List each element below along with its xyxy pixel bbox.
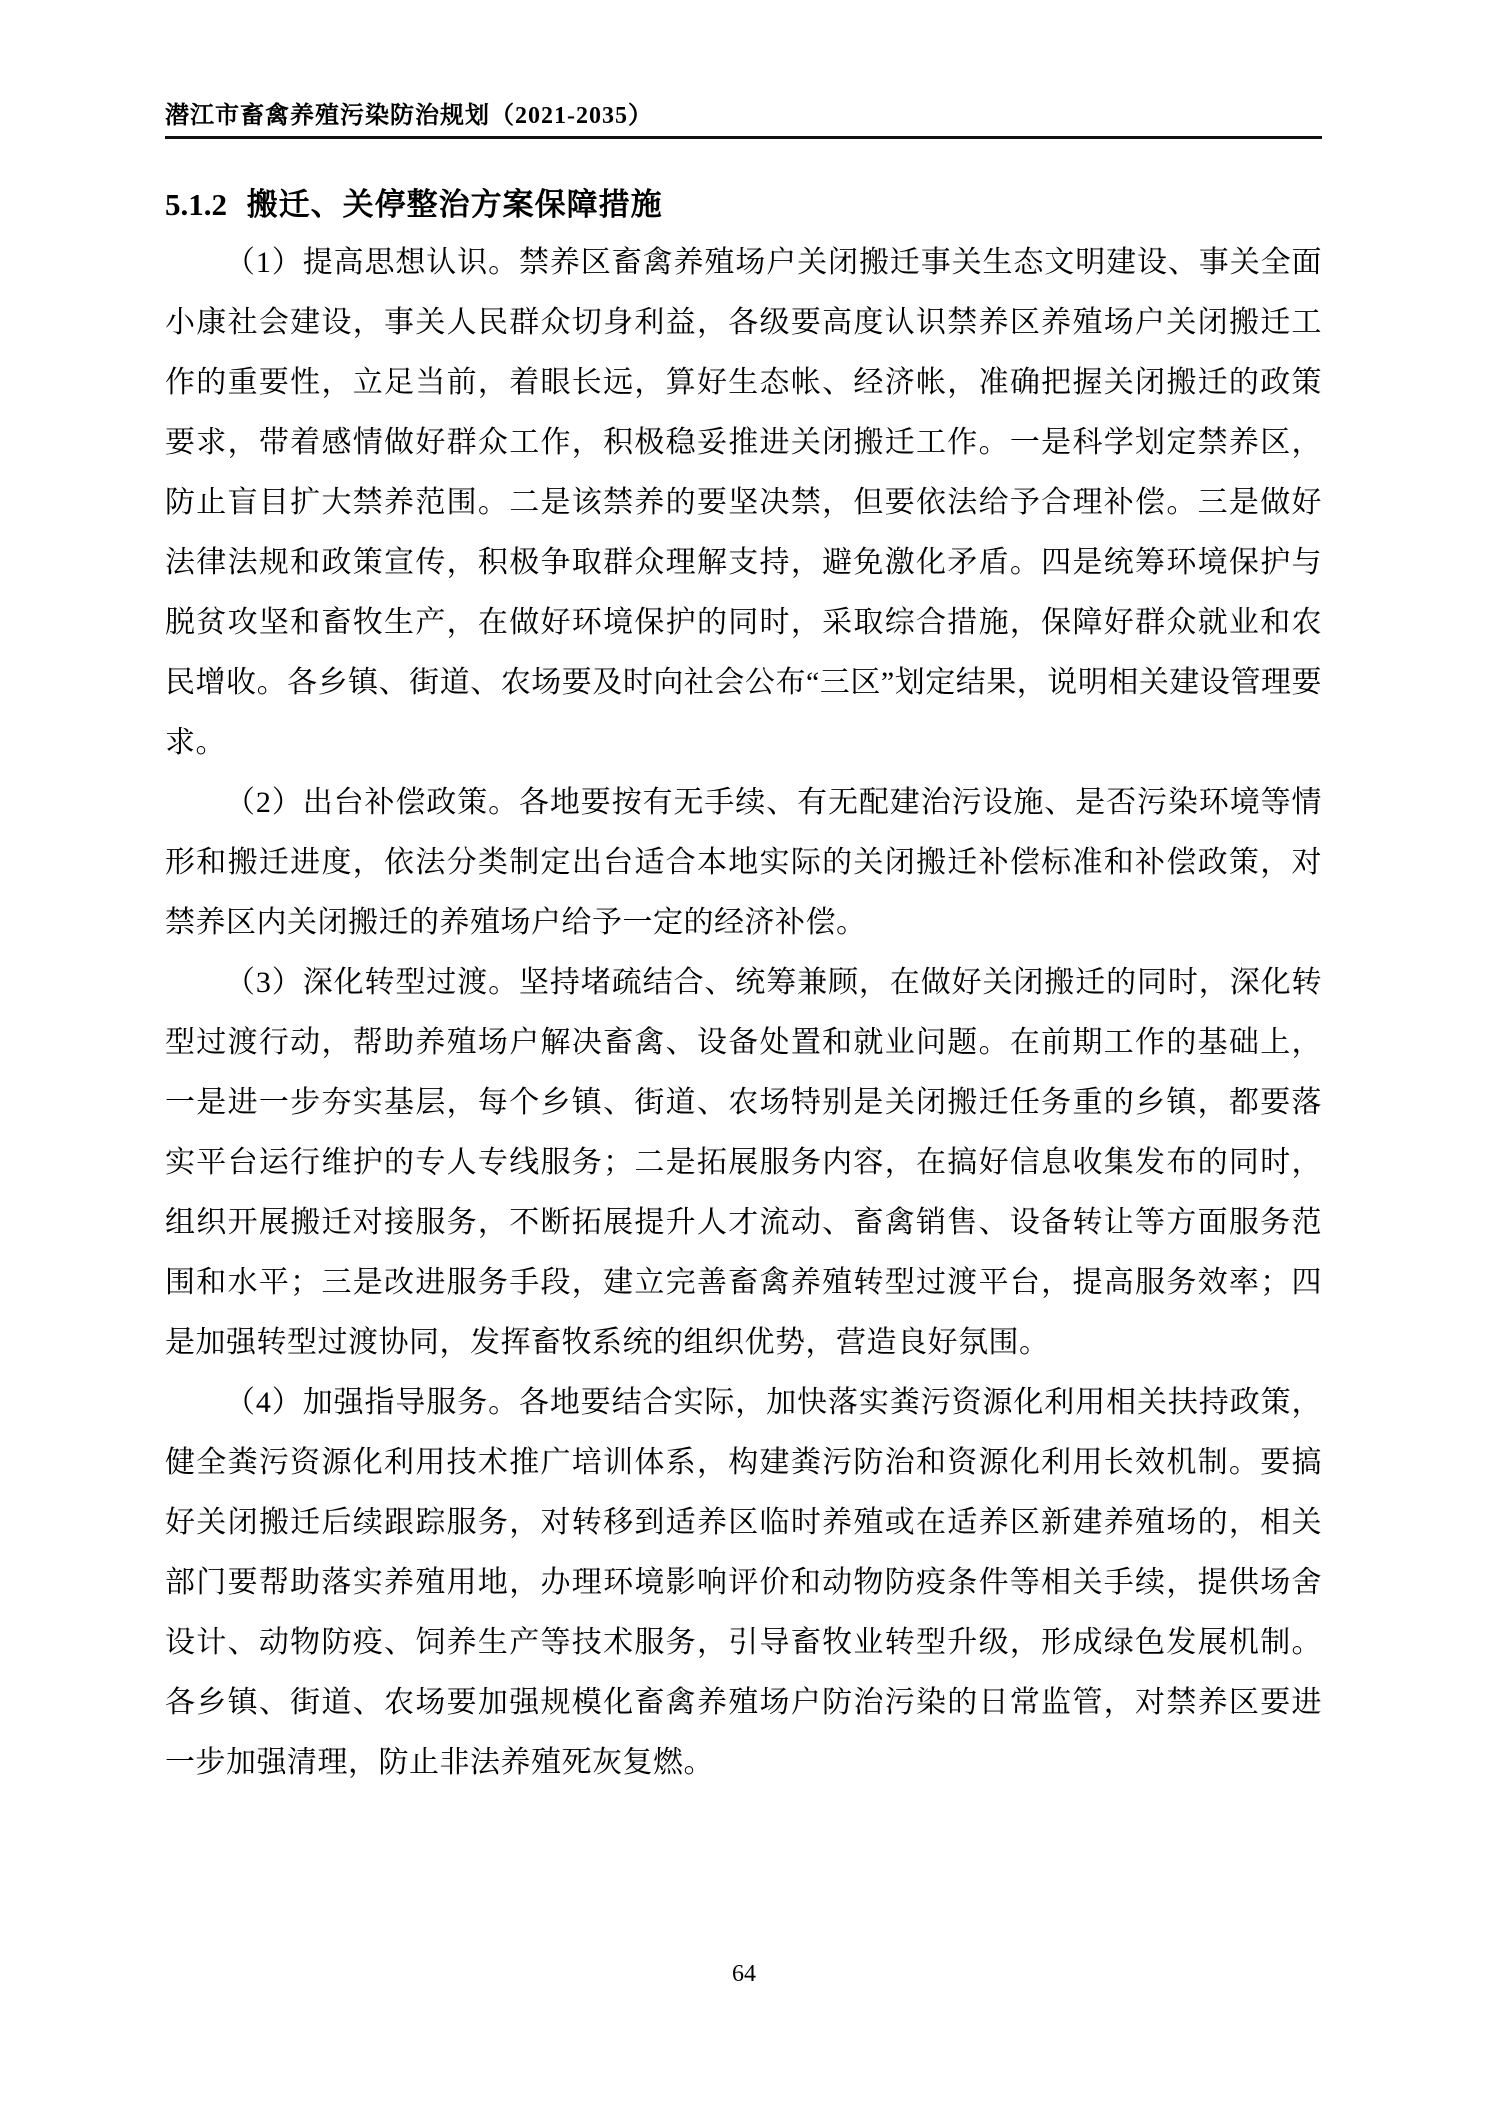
body-paragraph: （3）深化转型过渡。坚持堵疏结合、统筹兼顾，在做好关闭搬迁的同时，深化转型过渡行… [165,953,1322,1373]
page-footer: 64 [0,1961,1488,1988]
page-number: 64 [732,1961,756,1987]
body-paragraph: （1）提高思想认识。禁养区畜禽养殖场户关闭搬迁事关生态文明建设、事关全面小康社会… [165,233,1322,773]
body-paragraph: （4）加强指导服务。各地要结合实际，加快落实粪污资源化利用相关扶持政策，健全粪污… [165,1373,1322,1793]
document-page: 潜江市畜禽养殖污染防治规划（2021-2035） 5.1.2 搬迁、关停整治方案… [0,0,1488,2104]
document-body: （1）提高思想认识。禁养区畜禽养殖场户关闭搬迁事关生态文明建设、事关全面小康社会… [165,233,1322,1793]
document-title: 潜江市畜禽养殖污染防治规划（2021-2035） [165,102,1322,130]
section-number: 5.1.2 [165,187,227,222]
section-heading: 5.1.2 搬迁、关停整治方案保障措施 [165,185,1322,225]
page-header: 潜江市畜禽养殖污染防治规划（2021-2035） [165,0,1322,139]
body-paragraph: （2）出台补偿政策。各地要按有无手续、有无配建治污设施、是否污染环境等情形和搬迁… [165,773,1322,953]
section-title: 搬迁、关停整治方案保障措施 [247,187,663,222]
